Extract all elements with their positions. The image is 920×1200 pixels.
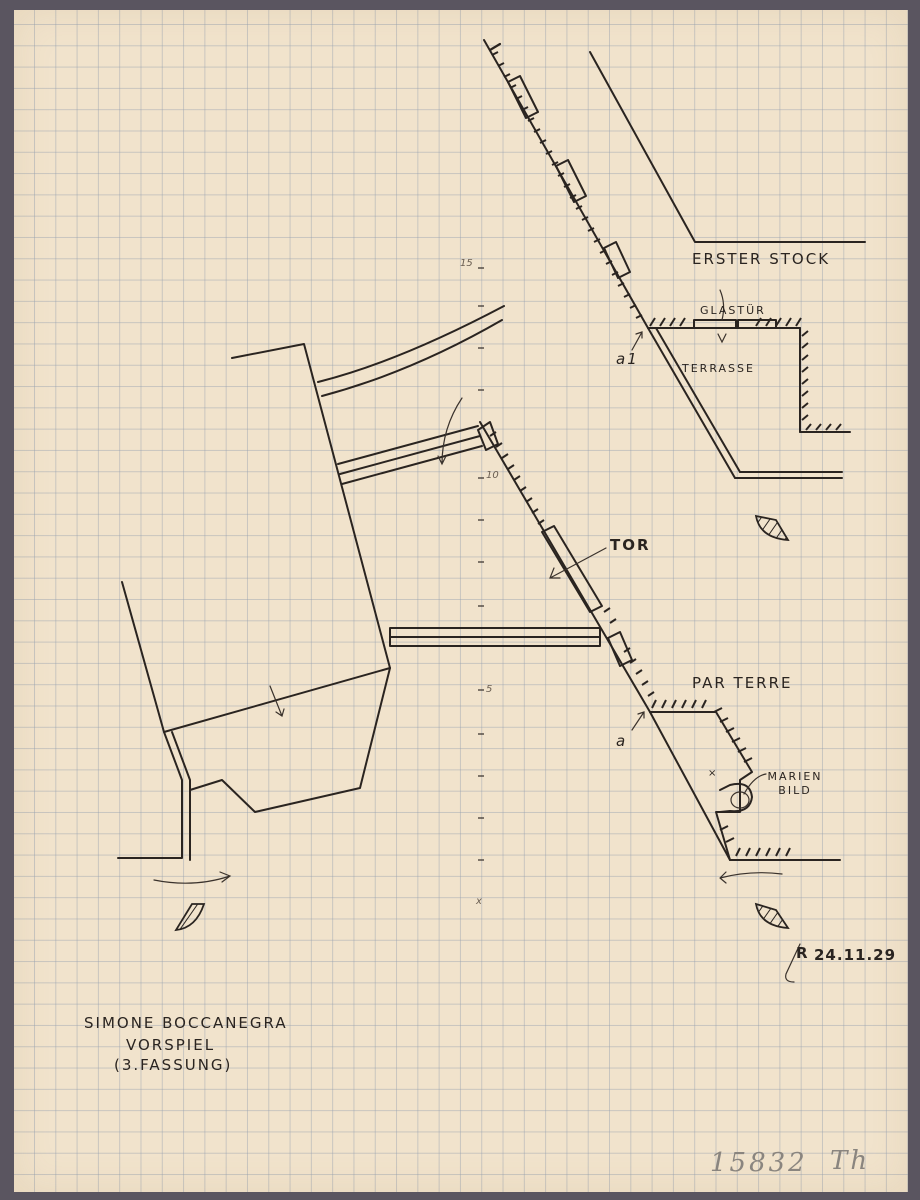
svg-text:×: × — [708, 768, 716, 779]
upper-floor-title: ERSTER STOCK — [692, 250, 830, 268]
axis-tick-5: 5 — [486, 684, 492, 695]
signature-initials: R — [796, 944, 810, 962]
axis-tick-10: 10 — [486, 470, 499, 481]
madonna-image-label: MARIEN BILD — [764, 770, 826, 798]
left-structure — [118, 306, 600, 930]
axis-tick-15: 15 — [460, 258, 473, 269]
gate-label: TOR — [610, 536, 651, 554]
title-line-act: VORSPIEL — [126, 1036, 215, 1054]
title-line-version: (3.FASSUNG) — [114, 1056, 232, 1074]
ground-floor-title: PAR TERRE — [692, 674, 793, 692]
archive-number: 15832 — [710, 1148, 808, 1178]
signature-date: 24.11.29 — [814, 946, 896, 964]
terrace-label: TERRASSE — [682, 362, 755, 375]
archive-suffix: Th — [830, 1146, 870, 1176]
axis-origin-mark: x — [476, 896, 482, 907]
title-line-opera: SIMONE BOCCANEGRA — [84, 1014, 288, 1032]
marker-a1-label: a1 — [616, 350, 639, 368]
marker-a-label: a — [616, 732, 627, 750]
scale-axis — [478, 268, 484, 860]
glass-door-label: GLASTÜR — [700, 304, 766, 317]
